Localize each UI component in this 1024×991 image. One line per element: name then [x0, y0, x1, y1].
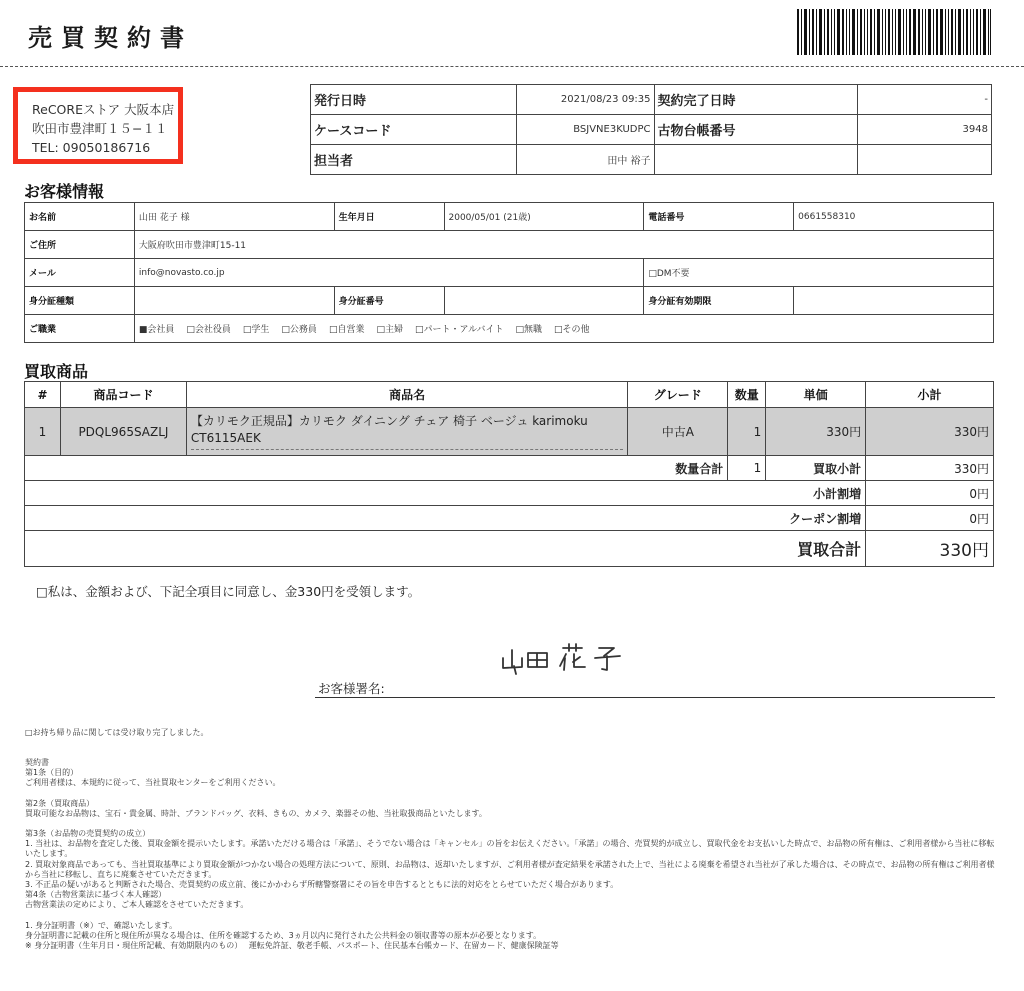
occupation-option[interactable]: □公務員: [281, 325, 317, 335]
birth-value: 2000/05/01 (21歳): [444, 203, 644, 231]
terms-article-3-4: 第3条（お品物の売買契約の成立） 1. 当社は、お品物を査定した後、買取金額を提…: [25, 829, 1000, 911]
occupation-options: ■会社員□会社役員□学生□公務員□自営業□主婦□パート・アルバイト□無職□その他: [134, 315, 993, 343]
barcode: [797, 9, 991, 55]
item-name-cell: 【カリモク正規品】カリモク ダイニング チェア 椅子 ベージュ karimoku…: [186, 408, 627, 456]
name-label: お名前: [25, 203, 135, 231]
col-header-qty: 数量: [728, 382, 766, 408]
terms-article-1: 契約書 第1条（目的） ご利用者様は、本規約に従って、当社買取センターをご利用く…: [25, 758, 1000, 789]
empty-cell: [858, 145, 992, 175]
occupation-option[interactable]: □パート・アルバイト: [415, 325, 504, 335]
case-code-label: ケースコード: [311, 115, 517, 145]
item-subtotal: 330円: [866, 408, 994, 456]
item-code: PDQL965SAZLJ: [60, 408, 186, 456]
item-no: 1: [25, 408, 61, 456]
issue-date-value: 2021/08/23 09:35: [516, 85, 654, 115]
staff-value: 田中 裕子: [516, 145, 654, 175]
item-name: 【カリモク正規品】カリモク ダイニング チェア 椅子 ベージュ karimoku…: [191, 413, 623, 450]
buy-subtotal-label: 買取小計: [766, 456, 866, 481]
col-header-grade: グレード: [628, 382, 728, 408]
id-type-label: 身分証種類: [25, 287, 135, 315]
col-header-name: 商品名: [186, 382, 627, 408]
purchase-items-table: # 商品コード 商品名 グレード 数量 単価 小計 1 PDQL965SAZLJ…: [24, 381, 994, 567]
occupation-option[interactable]: □無職: [515, 325, 542, 335]
consent-checkbox[interactable]: □私は、金額および、下記全項目に同意し、金330円を受領します。: [36, 582, 420, 600]
cut-line: [0, 66, 1024, 67]
phone-value: 0661558310: [794, 203, 994, 231]
id-number-label: 身分証番号: [334, 287, 444, 315]
col-header-code: 商品コード: [60, 382, 186, 408]
ledger-number-value: 3948: [858, 115, 992, 145]
complete-date-label: 契約完了日時: [654, 85, 858, 115]
signature-label: お客様署名:: [318, 679, 385, 697]
id-number-value: [444, 287, 644, 315]
customer-info-table: お名前 山田 花子 様 生年月日 2000/05/01 (21歳) 電話番号 0…: [24, 202, 994, 343]
id-expiry-label: 身分証有効期限: [644, 287, 794, 315]
document-title: 売買契約書: [28, 18, 193, 53]
name-value: 山田 花子 様: [134, 203, 334, 231]
birth-label: 生年月日: [334, 203, 444, 231]
item-grade: 中古A: [628, 408, 728, 456]
coupon-bonus-label: クーポン割増: [25, 506, 866, 531]
terms-article-2: 第2条（買取商品） 買取可能なお品物は、宝石・貴金属、時計、ブランドバッグ、衣料…: [25, 799, 1000, 819]
grand-total-value: 330円: [866, 531, 994, 567]
item-unit-price: 330円: [766, 408, 866, 456]
contract-meta-table: 発行日時 2021/08/23 09:35 契約完了日時 - ケースコード BS…: [310, 84, 992, 175]
purchase-section-title: 買取商品: [24, 359, 88, 382]
col-header-no: #: [25, 382, 61, 408]
email-label: メール: [25, 259, 135, 287]
email-value: info@novasto.co.jp: [134, 259, 643, 287]
staff-label: 担当者: [311, 145, 517, 175]
address-label: ご住所: [25, 231, 135, 259]
occupation-option[interactable]: ■会社員: [139, 325, 175, 335]
store-address: 吹田市豊津町１５−１１: [32, 119, 178, 138]
store-tel: TEL: 09050186716: [32, 138, 178, 157]
id-expiry-value: [794, 287, 994, 315]
qty-total-value: 1: [728, 456, 766, 481]
phone-label: 電話番号: [644, 203, 794, 231]
issue-date-label: 発行日時: [311, 85, 517, 115]
dm-optout-checkbox: □DM不要: [644, 259, 994, 287]
contract-terms: 契約書 第1条（目的） ご利用者様は、本規約に従って、当社買取センターをご利用く…: [25, 758, 1000, 951]
col-header-unit-price: 単価: [766, 382, 866, 408]
buy-subtotal-value: 330円: [866, 456, 994, 481]
occupation-option[interactable]: □会社役員: [186, 325, 231, 335]
item-qty: 1: [728, 408, 766, 456]
address-value: 大阪府吹田市豊津町15-11: [134, 231, 993, 259]
store-info: ReCOREストア 大阪本店 吹田市豊津町１５−１１ TEL: 09050186…: [13, 87, 183, 164]
empty-cell: [654, 145, 858, 175]
occupation-option[interactable]: □自営業: [329, 325, 365, 335]
qty-total-label: 数量合計: [25, 456, 728, 481]
id-type-value: [134, 287, 334, 315]
occupation-option[interactable]: □学生: [243, 325, 270, 335]
occupation-option[interactable]: □その他: [554, 325, 590, 335]
ledger-number-label: 古物台帳番号: [654, 115, 858, 145]
coupon-bonus-value: 0円: [866, 506, 994, 531]
terms-id-verification: 1. 身分証明書（※）で、確認いたします。 身分証明書に記載の住所と現住所が異な…: [25, 921, 1000, 952]
grand-total-label: 買取合計: [25, 531, 866, 567]
subtotal-bonus-label: 小計割増: [25, 481, 866, 506]
customer-signature: [500, 636, 660, 680]
occupation-label: ご職業: [25, 315, 135, 343]
table-row: 1 PDQL965SAZLJ 【カリモク正規品】カリモク ダイニング チェア 椅…: [25, 408, 994, 456]
store-name: ReCOREストア 大阪本店: [32, 100, 178, 119]
returned-items-checkbox[interactable]: □お持ち帰り品に関しては受け取り完了しました。: [25, 727, 209, 738]
col-header-subtotal: 小計: [866, 382, 994, 408]
complete-date-value: -: [858, 85, 992, 115]
signature-line: [315, 697, 995, 698]
subtotal-bonus-value: 0円: [866, 481, 994, 506]
occupation-option[interactable]: □主婦: [376, 325, 403, 335]
case-code-value: BSJVNE3KUDPC: [516, 115, 654, 145]
customer-section-title: お客様情報: [24, 179, 104, 202]
